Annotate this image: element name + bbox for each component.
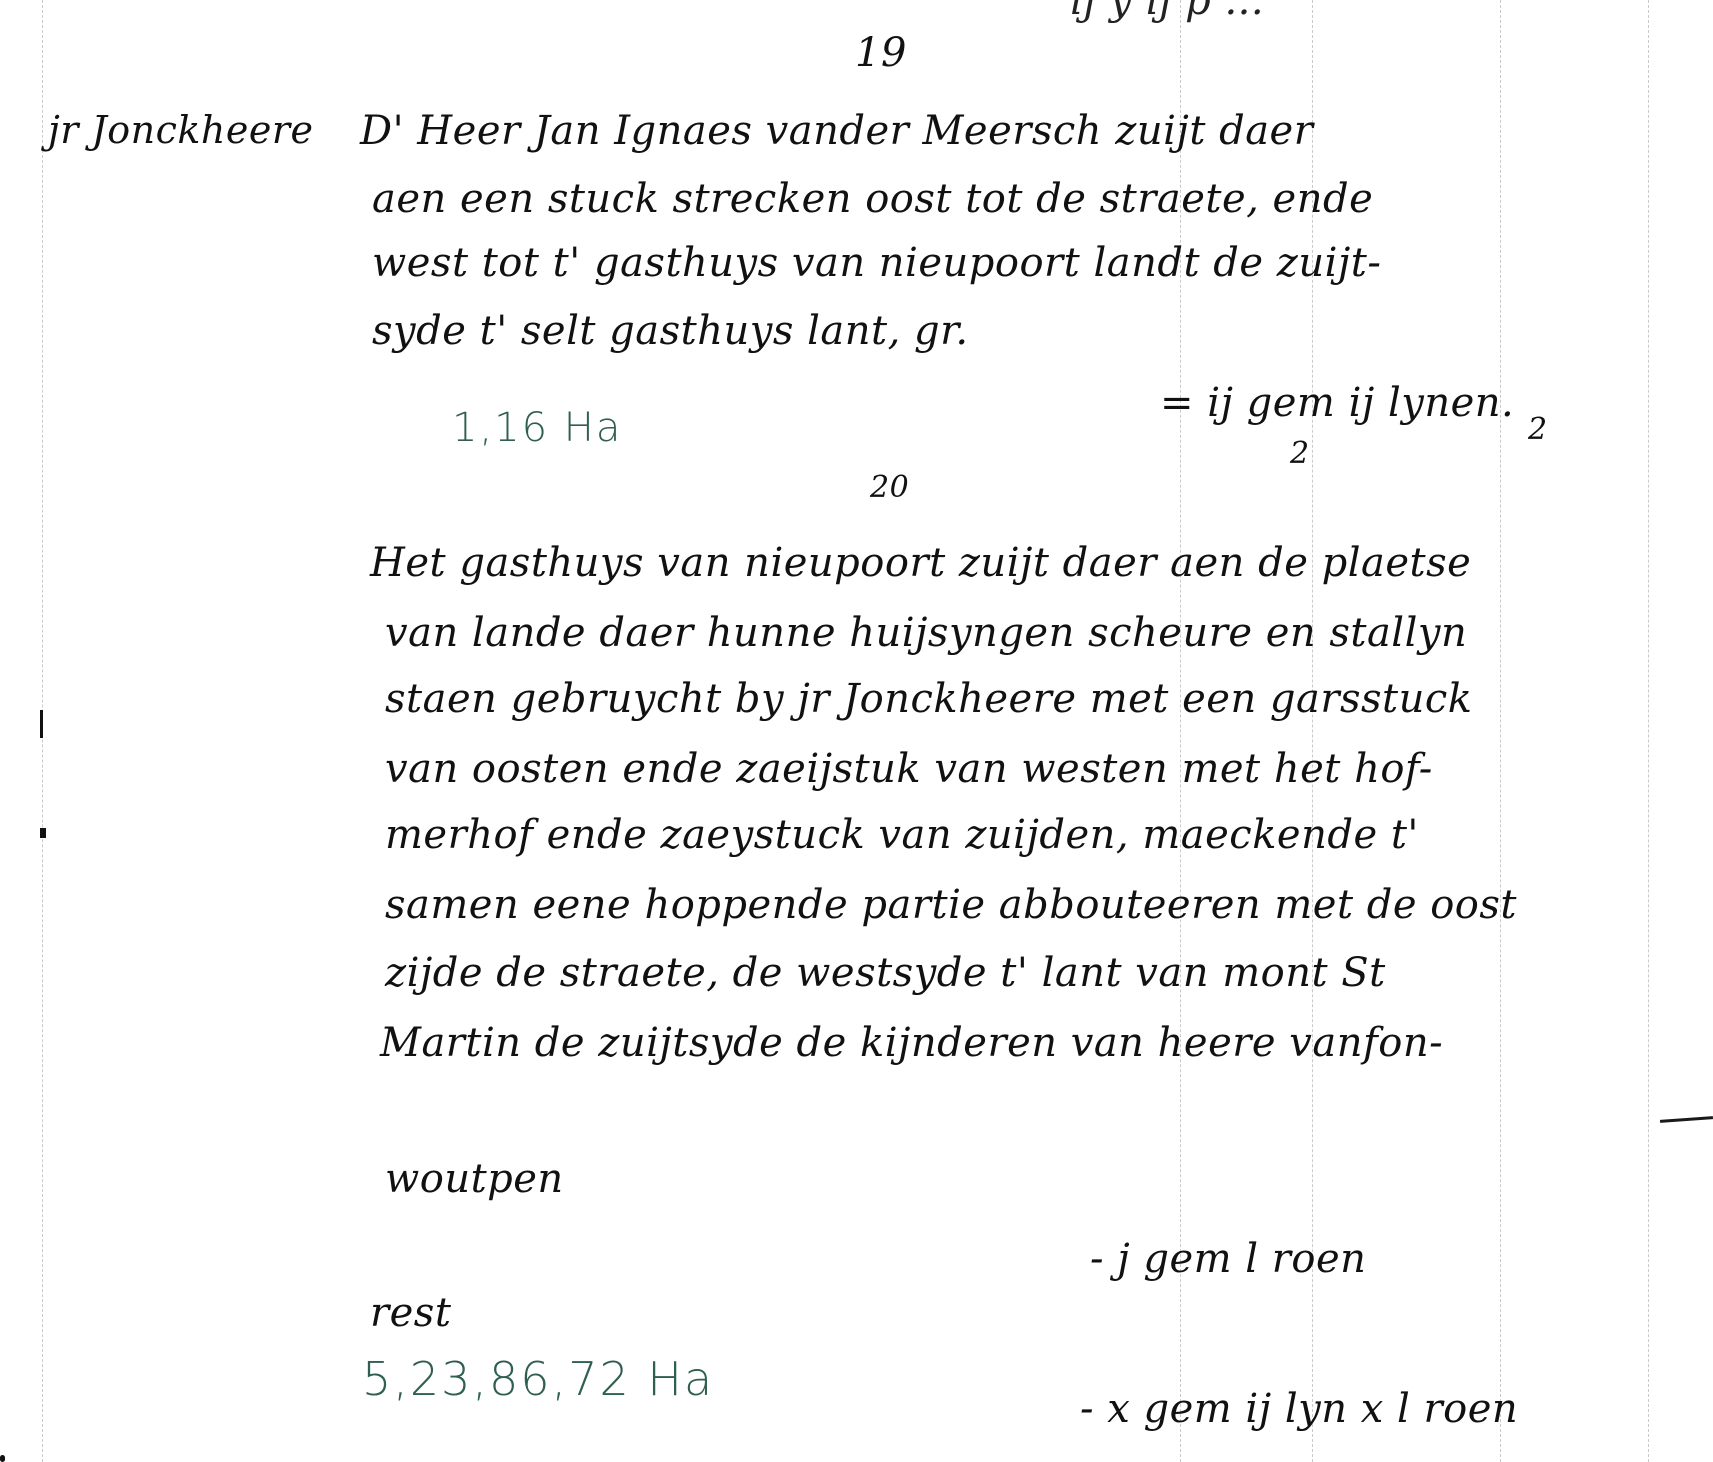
- entry-19-line-3: west tot t' gasthuys van nieupoort landt…: [372, 240, 1381, 286]
- entry-20-line-6: samen eene hoppende partie abbouteeren m…: [385, 882, 1517, 928]
- rest-measure: - x gem ij lyn x l roen: [1080, 1386, 1518, 1432]
- margin-mark: [0, 1455, 5, 1462]
- entry-20-line-9: woutpen: [385, 1156, 564, 1202]
- margin-stroke: [1660, 1116, 1713, 1123]
- entry-19-measure: = ij gem ij lynen.: [1160, 380, 1514, 426]
- entry-20-line-8: Martin de zuijtsyde de kijnderen van hee…: [380, 1020, 1443, 1066]
- entry-19-line-2: aen een stuck strecken oost tot de strae…: [372, 176, 1373, 222]
- entry-19-measure-subscript: 2: [1528, 412, 1548, 447]
- entry-20-line-4: van oosten ende zaeijstuk van westen met…: [385, 746, 1433, 792]
- entry-19-pencil-area: 1,16 Ha: [452, 405, 622, 451]
- margin-name: jr Jonckheere: [48, 108, 314, 152]
- column-rule: [1648, 0, 1649, 1462]
- entry-19-line-1: D' Heer Jan Ignaes vander Meersch zuijt …: [360, 108, 1313, 154]
- entry-20-line-7: zijde de straete, de westsyde t' lant va…: [385, 950, 1386, 996]
- entry-20-line-2: van lande daer hunne huijsyngen scheure …: [385, 610, 1467, 656]
- entry-20-line-3: staen gebruycht by jr Jonckheere met een…: [385, 676, 1473, 722]
- entry-20-line-1: Het gasthuys van nieupoort zuijt daer ae…: [370, 540, 1471, 586]
- rest-label: rest: [370, 1290, 451, 1336]
- entry-number-19: 19: [855, 30, 907, 76]
- column-rule: [1500, 0, 1501, 1462]
- rest-pencil-area: 5,23,86,72 Ha: [362, 1352, 714, 1406]
- manuscript-page: ij y ij p ... jr Jonckheere 19 D' Heer J…: [0, 0, 1713, 1462]
- entry-number-20: 20: [870, 470, 909, 505]
- entry-19-line-4: syde t' selt gasthuys lant, gr.: [372, 308, 969, 354]
- entry-19-measure-subscript: 2: [1290, 436, 1310, 471]
- entry-20-measure: - j gem l roen: [1090, 1236, 1366, 1282]
- entry-20-line-5: merhof ende zaeystuck van zuijden, maeck…: [385, 812, 1419, 858]
- margin-mark: [40, 828, 46, 838]
- margin-mark: [40, 710, 43, 738]
- top-cutoff-text: ij y ij p ...: [1070, 0, 1264, 24]
